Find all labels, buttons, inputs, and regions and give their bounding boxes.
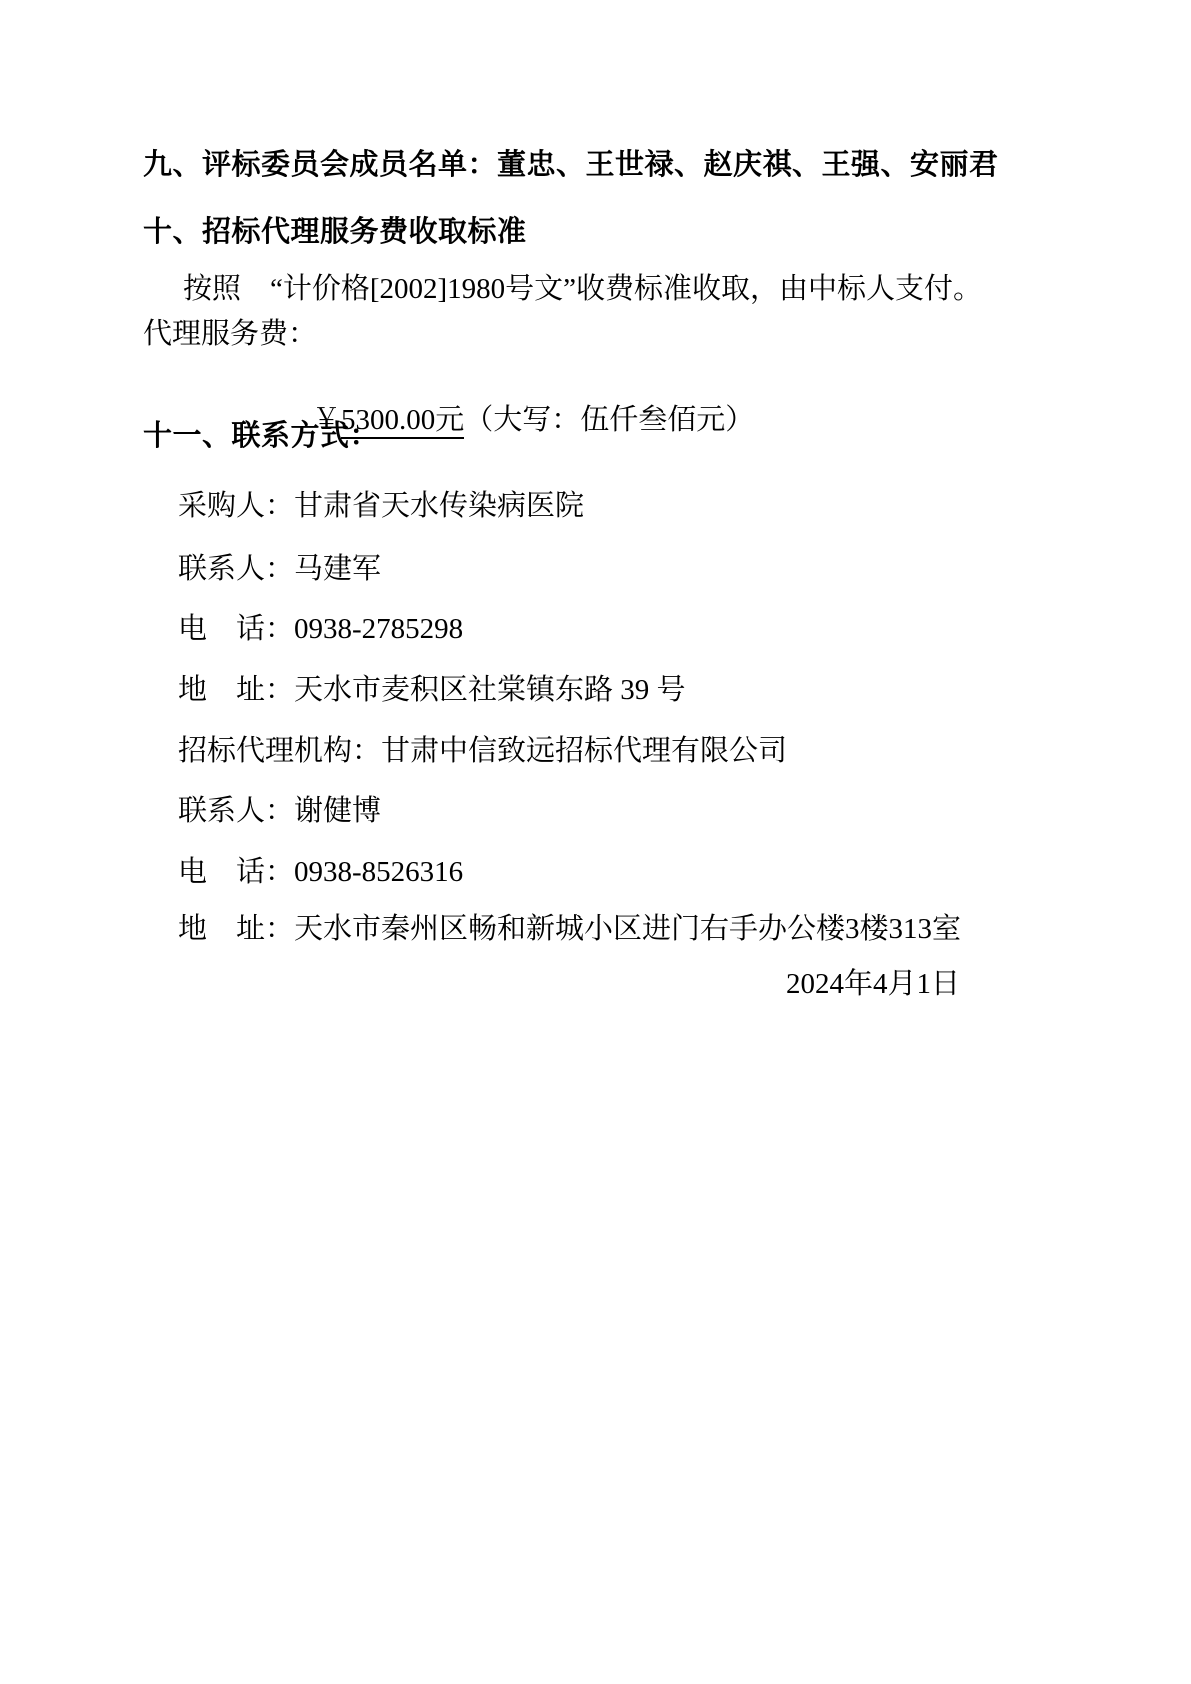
heading-contact-info: 十一、联系方式： [143, 418, 379, 454]
contact-phone-agency: 电 话：0938-8526316 [178, 854, 463, 890]
contact-person-purchaser: 联系人：马建军 [178, 551, 381, 587]
contact-purchaser: 采购人：甘肃省天水传染病医院 [178, 488, 584, 524]
contact-phone-purchaser: 电 话：0938-2785298 [178, 611, 463, 647]
fee-amount-caps: （大写：伍仟叁佰元） [464, 404, 754, 436]
contact-address-agency: 地 址：天水市秦州区畅和新城小区进门右手办公楼3楼313室 [178, 911, 961, 947]
document-date: 2024年4月1日 [786, 966, 960, 1002]
contact-address-purchaser: 地 址：天水市麦积区社棠镇东路 39 号 [178, 672, 686, 708]
document-page: 九、评标委员会成员名单：董忠、王世禄、赵庆祺、王强、安丽君 十、招标代理服务费收… [0, 0, 1191, 1684]
fee-paragraph-line-1: 按照 “计价格[2002]1980号文”收费标准收取，由中标人支付。 [143, 271, 982, 307]
contact-agency-name: 招标代理机构：甘肃中信致远招标代理有限公司 [178, 733, 787, 769]
fee-paragraph-line-2: 代理服务费： [143, 316, 317, 352]
contact-person-agency: 联系人：谢健博 [178, 793, 381, 829]
heading-agency-fee-standard: 十、招标代理服务费收取标准 [143, 214, 527, 250]
heading-evaluation-committee: 九、评标委员会成员名单：董忠、王世禄、赵庆祺、王强、安丽君 [143, 147, 999, 183]
